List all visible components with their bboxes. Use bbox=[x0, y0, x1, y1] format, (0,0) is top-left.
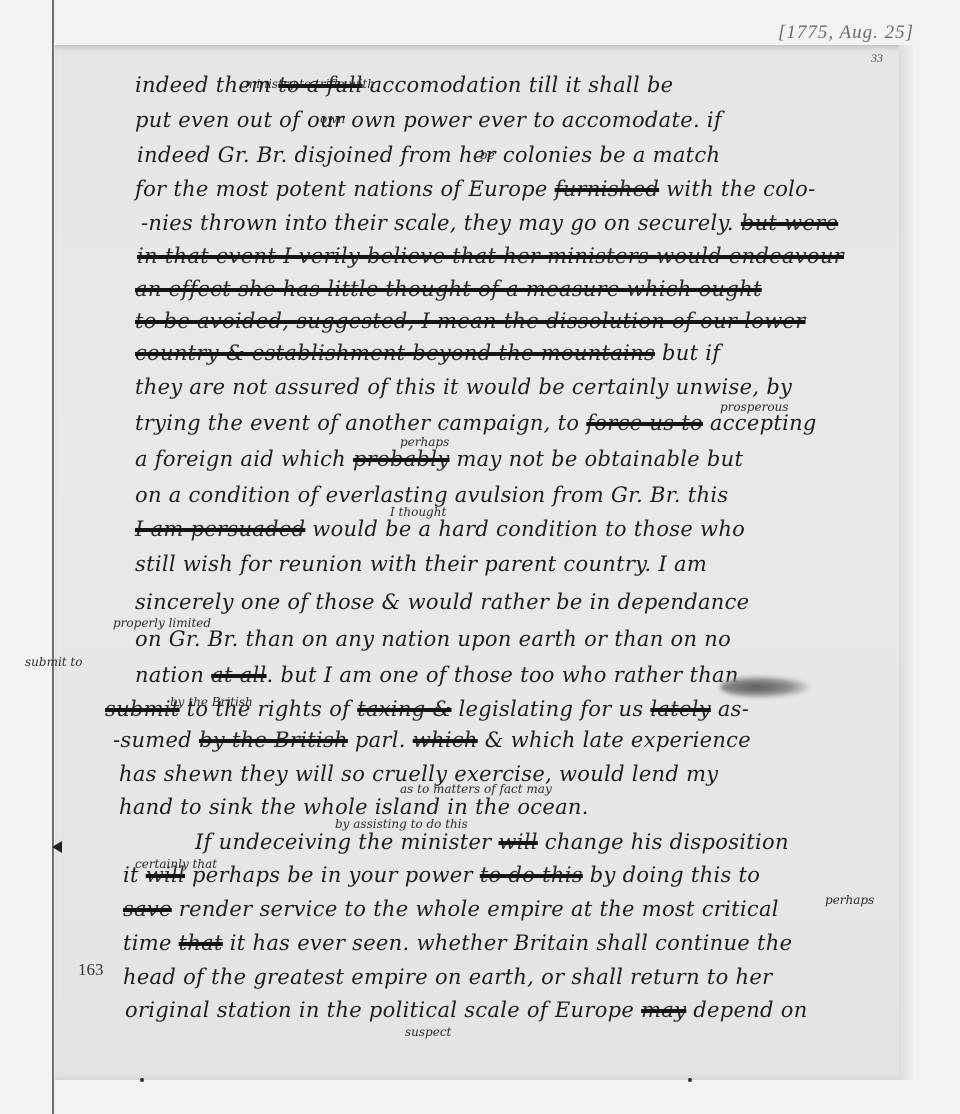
line-text: as- bbox=[711, 697, 749, 721]
line-text: If undeceiving the minister bbox=[195, 830, 499, 854]
ink-blot bbox=[720, 676, 810, 698]
struck-text: will bbox=[146, 863, 185, 887]
manuscript-line: indeed them to a full accomodation till … bbox=[135, 73, 673, 97]
manuscript-line: put even out of our own power ever to ac… bbox=[135, 108, 722, 132]
manuscript-line: it will perhaps be in your power to do t… bbox=[123, 863, 760, 887]
manuscript-line: to be avoided, suggested, I mean the dis… bbox=[135, 309, 806, 333]
struck-text: which bbox=[413, 728, 478, 752]
line-text: would be a hard condition to those who bbox=[305, 517, 745, 541]
manuscript-line: an effect she has little thought of a me… bbox=[135, 277, 762, 301]
manuscript-line: on Gr. Br. than on any nation upon earth… bbox=[135, 627, 731, 651]
struck-text: I am persuaded bbox=[135, 517, 305, 541]
struck-text: but were bbox=[741, 211, 838, 235]
struck-text: furnished bbox=[555, 177, 659, 201]
manuscript-line: original station in the political scale … bbox=[125, 998, 808, 1022]
struck-text: lately bbox=[650, 697, 710, 721]
struck-text: may bbox=[641, 998, 686, 1022]
paper-speck bbox=[688, 1078, 692, 1082]
manuscript-line: I am persuaded would be a hard condition… bbox=[135, 517, 745, 541]
struck-text: probably bbox=[353, 447, 450, 471]
manuscript-line: has shewn they will so cruelly exercise,… bbox=[119, 762, 718, 786]
manuscript-line: save render service to the whole empire … bbox=[123, 897, 779, 921]
manuscript-line: for the most potent nations of Europe fu… bbox=[135, 177, 816, 201]
line-text: trying the event of another campaign, to bbox=[135, 411, 586, 435]
line-text: it bbox=[123, 863, 146, 887]
manuscript-line: head of the greatest empire on earth, or… bbox=[123, 965, 772, 989]
manuscript-line: they are not assured of this it would be… bbox=[135, 375, 792, 399]
line-text: indeed them bbox=[135, 73, 278, 97]
interlineation: suspect bbox=[405, 1025, 451, 1039]
margin-pointer-mark bbox=[52, 841, 62, 853]
struck-text: by the British bbox=[199, 728, 348, 752]
line-text: depend on bbox=[686, 998, 807, 1022]
interlineation: by assisting to do this bbox=[335, 817, 468, 831]
line-text: -nies thrown into their scale, they may … bbox=[141, 211, 741, 235]
line-text: perhaps be in your power bbox=[185, 863, 480, 887]
page-number: 163 bbox=[78, 960, 104, 980]
struck-text: taxing & bbox=[357, 697, 451, 721]
manuscript-line: -nies thrown into their scale, they may … bbox=[141, 211, 838, 235]
manuscript-line: -sumed by the British parl. which & whic… bbox=[113, 728, 751, 752]
struck-text: at all bbox=[211, 663, 266, 687]
manuscript-line: on a condition of everlasting avulsion f… bbox=[135, 483, 728, 507]
scan-left-edge-rule bbox=[52, 0, 54, 1114]
manuscript-page: 33 ministry to trifle with own be prospe… bbox=[55, 45, 903, 1080]
struck-text: to be avoided, suggested, I mean the dis… bbox=[135, 309, 806, 333]
manuscript-line: still wish for reunion with their parent… bbox=[135, 552, 707, 576]
manuscript-line: If undeceiving the minister will change … bbox=[195, 830, 789, 854]
manuscript-line: indeed Gr. Br. disjoined from her coloni… bbox=[137, 143, 720, 167]
interlineation: submit to bbox=[25, 655, 82, 669]
struck-text: save bbox=[123, 897, 172, 921]
line-text: original station in the political scale … bbox=[125, 998, 641, 1022]
manuscript-line: trying the event of another campaign, to… bbox=[135, 411, 817, 435]
line-text: a foreign aid which bbox=[135, 447, 353, 471]
line-text: accepting bbox=[703, 411, 817, 435]
struck-text: that bbox=[179, 931, 223, 955]
manuscript-line: nation at all. but I am one of those too… bbox=[135, 663, 739, 687]
line-text: it has ever seen. whether Britain shall … bbox=[223, 931, 793, 955]
struck-text: an effect she has little thought of a me… bbox=[135, 277, 762, 301]
line-text: to the rights of bbox=[180, 697, 358, 721]
manuscript-line: a foreign aid which probably may not be … bbox=[135, 447, 743, 471]
manuscript-line: submit to the rights of taxing & legisla… bbox=[105, 697, 749, 721]
paper-speck bbox=[140, 1078, 144, 1082]
line-text: . but I am one of those too who rather t… bbox=[267, 663, 739, 687]
line-text: by doing this to bbox=[583, 863, 760, 887]
line-text: parl. bbox=[348, 728, 413, 752]
line-text: time bbox=[123, 931, 179, 955]
line-text: nation bbox=[135, 663, 211, 687]
line-text: but if bbox=[655, 341, 720, 365]
line-text: for the most potent nations of Europe bbox=[135, 177, 555, 201]
manuscript-line: in that event I verily believe that her … bbox=[137, 244, 844, 268]
struck-text: will bbox=[499, 830, 538, 854]
manuscript-line: country & establishment beyond the mount… bbox=[135, 341, 720, 365]
struck-text: in that event I verily believe that her … bbox=[137, 244, 844, 268]
struck-text: submit bbox=[105, 697, 180, 721]
catalog-date-note: [1775, Aug. 25] bbox=[778, 22, 914, 44]
line-text: legislating for us bbox=[452, 697, 651, 721]
line-text: accomodation till it shall be bbox=[363, 73, 674, 97]
manuscript-line: hand to sink the whole island in the oce… bbox=[119, 795, 589, 819]
line-text: change his disposition bbox=[538, 830, 789, 854]
manuscript-line: time that it has ever seen. whether Brit… bbox=[123, 931, 792, 955]
line-text: -sumed bbox=[113, 728, 199, 752]
struck-text: to a full bbox=[278, 73, 362, 97]
manuscript-line: sincerely one of those & would rather be… bbox=[135, 590, 749, 614]
folio-number: 33 bbox=[871, 51, 883, 66]
line-text: with the colo- bbox=[659, 177, 815, 201]
line-text: may not be obtainable but bbox=[449, 447, 743, 471]
interlineation: perhaps bbox=[825, 893, 874, 907]
line-text: & which late experience bbox=[478, 728, 751, 752]
struck-text: to do this bbox=[480, 863, 583, 887]
line-text: render service to the whole empire at th… bbox=[172, 897, 779, 921]
struck-text: force us to bbox=[586, 411, 703, 435]
struck-text: country & establishment beyond the mount… bbox=[135, 341, 655, 365]
